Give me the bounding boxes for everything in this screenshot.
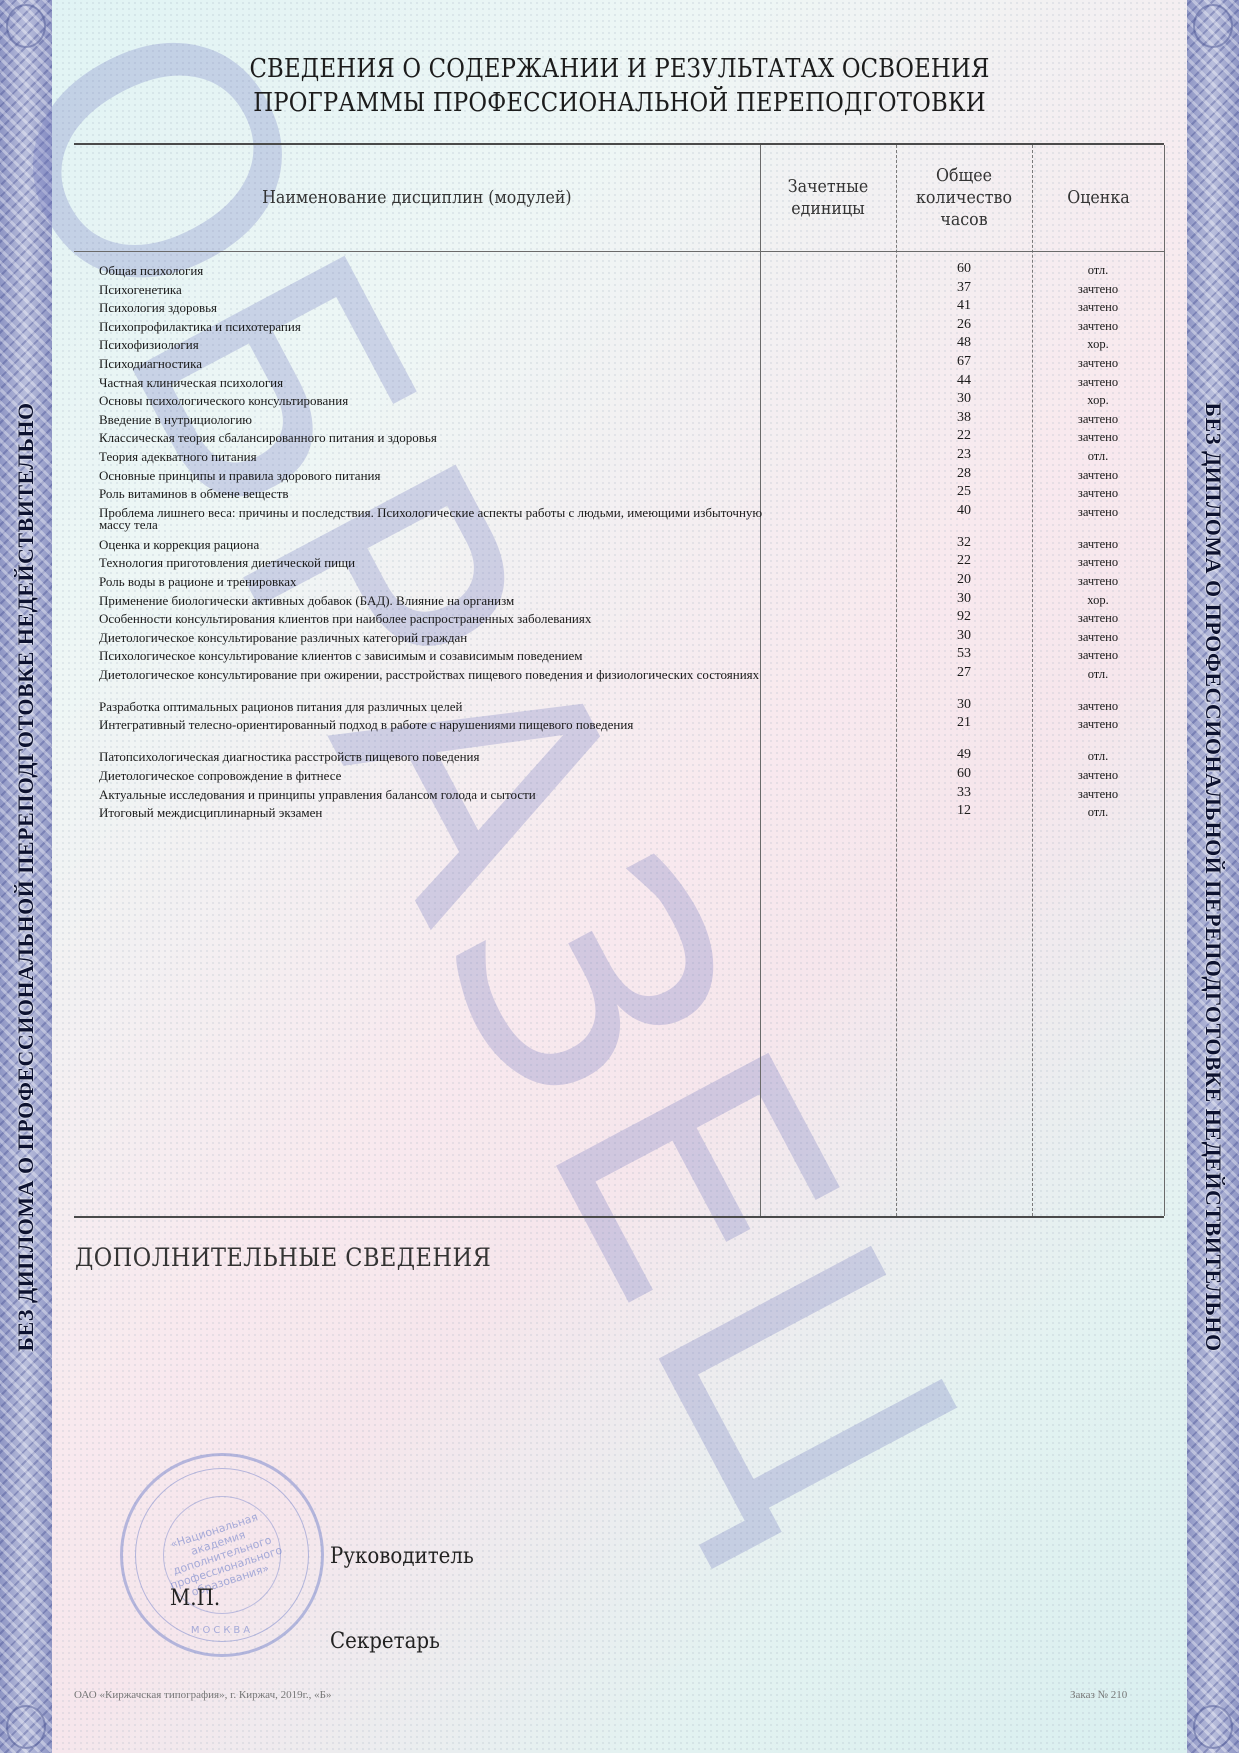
discipline-hours: 67 [896,356,1032,368]
discipline-hours: 28 [896,468,1032,480]
discipline-grade: зачтено [1032,575,1164,587]
discipline-hours: 30 [896,593,1032,605]
discipline-grade: зачтено [1032,283,1164,295]
additional-info-heading: ДОПОЛНИТЕЛЬНЫЕ СВЕДЕНИЯ [75,1243,537,1272]
table-row: Диетологическое консультирование при ожи… [74,667,1164,699]
header-grade: Оценка [1032,145,1164,251]
discipline-grade: отл. [1032,806,1164,818]
discipline-name: Интегративный телесно-ориентированный по… [99,719,769,731]
discipline-hours: 30 [896,699,1032,711]
discipline-hours: 60 [896,768,1032,780]
table-row: Диетологическое консультирование различн… [74,630,1164,649]
discipline-grade: зачтено [1032,718,1164,730]
table-body: Общая психология60отл.Психогенетика37зач… [74,263,1164,824]
disciplines-table: Наименование дисциплин (модулей) Зачетны… [74,143,1164,1218]
table-row: Роль витаминов в обмене веществ25зачтено [74,486,1164,505]
discipline-hours: 40 [896,505,1032,517]
header-credit-units: Зачетные единицы [760,145,896,251]
seal-place-label: М.П. [170,1586,226,1611]
border-ornament [6,4,46,48]
discipline-grade: зачтено [1032,556,1164,568]
discipline-grade: зачтено [1032,431,1164,443]
discipline-grade: зачтено [1032,700,1164,712]
discipline-hours: 26 [896,319,1032,331]
discipline-grade: хор. [1032,594,1164,606]
discipline-name: Разработка оптимальных рационов питания … [99,701,769,713]
border-ornament [6,1705,46,1749]
discipline-grade: хор. [1032,394,1164,406]
discipline-grade: зачтено [1032,469,1164,481]
discipline-grade: отл. [1032,264,1164,276]
right-security-border: БЕЗ ДИПЛОМА О ПРОФЕССИОНАЛЬНОЙ ПЕРЕПОДГО… [1187,0,1239,1753]
table-row: Психофизиология48хор. [74,337,1164,356]
discipline-hours: 92 [896,611,1032,623]
discipline-name: Введение в нутрициологию [99,414,769,426]
discipline-name: Патопсихологическая диагностика расстрой… [99,751,769,763]
right-border-text: БЕЗ ДИПЛОМА О ПРОФЕССИОНАЛЬНОЙ ПЕРЕПОДГО… [1200,402,1226,1351]
left-security-border: БЕЗ ДИПЛОМА О ПРОФЕССИОНАЛЬНОЙ ПЕРЕПОДГО… [0,0,52,1753]
signature-head-label: Руководитель [330,1544,490,1569]
table-row: Психогенетика37зачтено [74,282,1164,301]
stamp-city: МОСКВА [123,1625,321,1636]
discipline-name: Классическая теория сбалансированного пи… [99,432,769,444]
discipline-name: Частная клиническая психология [99,377,769,389]
discipline-name: Проблема лишнего веса: причины и последс… [99,507,769,531]
discipline-hours: 32 [896,537,1032,549]
signature-secretary-label: Секретарь [330,1629,452,1654]
discipline-name: Диетологическое консультирование различн… [99,632,769,644]
discipline-name: Диетологическое консультирование при ожи… [99,669,769,681]
discipline-hours: 30 [896,393,1032,405]
discipline-name: Теория адекватного питания [99,451,769,463]
discipline-hours: 38 [896,412,1032,424]
discipline-name: Основы психологического консультирования [99,395,769,407]
discipline-hours: 21 [896,717,1032,729]
table-row: Проблема лишнего веса: причины и последс… [74,505,1164,537]
border-ornament [1193,1705,1233,1749]
official-stamp: «Национальная академия дополнительного п… [120,1453,324,1657]
discipline-grade: зачтено [1032,538,1164,550]
discipline-name: Роль витаминов в обмене веществ [99,488,769,500]
discipline-grade: зачтено [1032,487,1164,499]
discipline-grade: отл. [1032,750,1164,762]
discipline-grade: зачтено [1032,631,1164,643]
discipline-grade: зачтено [1032,649,1164,661]
discipline-hours: 41 [896,300,1032,312]
discipline-name: Особенности консультирования клиентов пр… [99,613,769,625]
discipline-hours: 53 [896,648,1032,660]
table-row: Основные принципы и правила здорового пи… [74,468,1164,487]
header-divider [74,251,1164,252]
discipline-name: Роль воды в рационе и тренировках [99,576,769,588]
discipline-hours: 22 [896,555,1032,567]
table-row: Теория адекватного питания23отл. [74,449,1164,468]
discipline-grade: зачтено [1032,788,1164,800]
discipline-grade: зачтено [1032,376,1164,388]
discipline-name: Итоговый междисциплинарный экзамен [99,807,769,819]
page-title: СВЕДЕНИЯ О СОДЕРЖАНИИ И РЕЗУЛЬТАТАХ ОСВО… [0,52,1239,120]
discipline-name: Психопрофилактика и психотерапия [99,321,769,333]
table-row: Особенности консультирования клиентов пр… [74,611,1164,630]
discipline-grade: зачтено [1032,320,1164,332]
header-total-hours: Общее количество часов [896,145,1032,251]
discipline-name: Оценка и коррекция рациона [99,539,769,551]
discipline-hours: 25 [896,486,1032,498]
discipline-hours: 22 [896,430,1032,442]
discipline-grade: зачтено [1032,301,1164,313]
table-row: Классическая теория сбалансированного пи… [74,430,1164,449]
discipline-name: Технология приготовления диетической пищ… [99,557,769,569]
discipline-hours: 49 [896,749,1032,761]
table-row: Итоговый междисциплинарный экзамен12отл. [74,805,1164,824]
discipline-grade: хор. [1032,338,1164,350]
discipline-name: Психодиагностика [99,358,769,370]
discipline-name: Применение биологически активных добавок… [99,595,769,607]
table-row: Психологическое консультирование клиенто… [74,648,1164,667]
table-row: Психология здоровья41зачтено [74,300,1164,319]
table-row: Технология приготовления диетической пищ… [74,555,1164,574]
left-border-text: БЕЗ ДИПЛОМА О ПРОФЕССИОНАЛЬНОЙ ПЕРЕПОДГО… [13,402,39,1351]
discipline-hours: 60 [896,263,1032,275]
printer-info: ОАО «Киржачская типография», г. Киржач, … [74,1689,332,1701]
discipline-hours: 37 [896,282,1032,294]
table-row: Частная клиническая психология44зачтено [74,375,1164,394]
table-row: Оценка и коррекция рациона32зачтено [74,537,1164,556]
discipline-grade: зачтено [1032,506,1164,518]
discipline-grade: зачтено [1032,769,1164,781]
title-line-1: СВЕДЕНИЯ О СОДЕРЖАНИИ И РЕЗУЛЬТАТАХ ОСВО… [87,52,1153,86]
column-divider [1164,145,1165,1216]
discipline-hours: 33 [896,787,1032,799]
table-row: Применение биологически активных добавок… [74,593,1164,612]
discipline-hours: 44 [896,375,1032,387]
discipline-grade: отл. [1032,668,1164,680]
table-row: Основы психологического консультирования… [74,393,1164,412]
discipline-grade: зачтено [1032,357,1164,369]
discipline-name: Психология здоровья [99,302,769,314]
discipline-grade: отл. [1032,450,1164,462]
discipline-name: Диетологическое сопровождение в фитнесе [99,770,769,782]
discipline-name: Психофизиология [99,339,769,351]
discipline-grade: зачтено [1032,413,1164,425]
discipline-name: Психологическое консультирование клиенто… [99,650,769,662]
discipline-hours: 20 [896,574,1032,586]
header-discipline-name: Наименование дисциплин (модулей) [74,145,760,251]
table-row: Роль воды в рационе и тренировках20зачте… [74,574,1164,593]
discipline-hours: 12 [896,805,1032,817]
table-row: Актуальные исследования и принципы управ… [74,787,1164,806]
table-row: Психопрофилактика и психотерапия26зачтен… [74,319,1164,338]
table-row: Психодиагностика67зачтено [74,356,1164,375]
discipline-name: Общая психология [99,265,769,277]
table-row: Патопсихологическая диагностика расстрой… [74,749,1164,768]
discipline-name: Психогенетика [99,284,769,296]
discipline-grade: зачтено [1032,612,1164,624]
title-line-2: ПРОГРАММЫ ПРОФЕССИОНАЛЬНОЙ ПЕРЕПОДГОТОВК… [87,86,1153,120]
discipline-name: Основные принципы и правила здорового пи… [99,470,769,482]
table-row: Разработка оптимальных рационов питания … [74,699,1164,718]
table-row: Введение в нутрициологию38зачтено [74,412,1164,431]
table-row: Диетологическое сопровождение в фитнесе6… [74,768,1164,787]
table-row: Интегративный телесно-ориентированный по… [74,717,1164,749]
discipline-hours: 23 [896,449,1032,461]
order-number: Заказ № 210 [1070,1689,1127,1701]
border-ornament [1193,4,1233,48]
discipline-hours: 30 [896,630,1032,642]
discipline-hours: 48 [896,337,1032,349]
table-row: Общая психология60отл. [74,263,1164,282]
discipline-name: Актуальные исследования и принципы управ… [99,789,769,801]
discipline-hours: 27 [896,667,1032,679]
